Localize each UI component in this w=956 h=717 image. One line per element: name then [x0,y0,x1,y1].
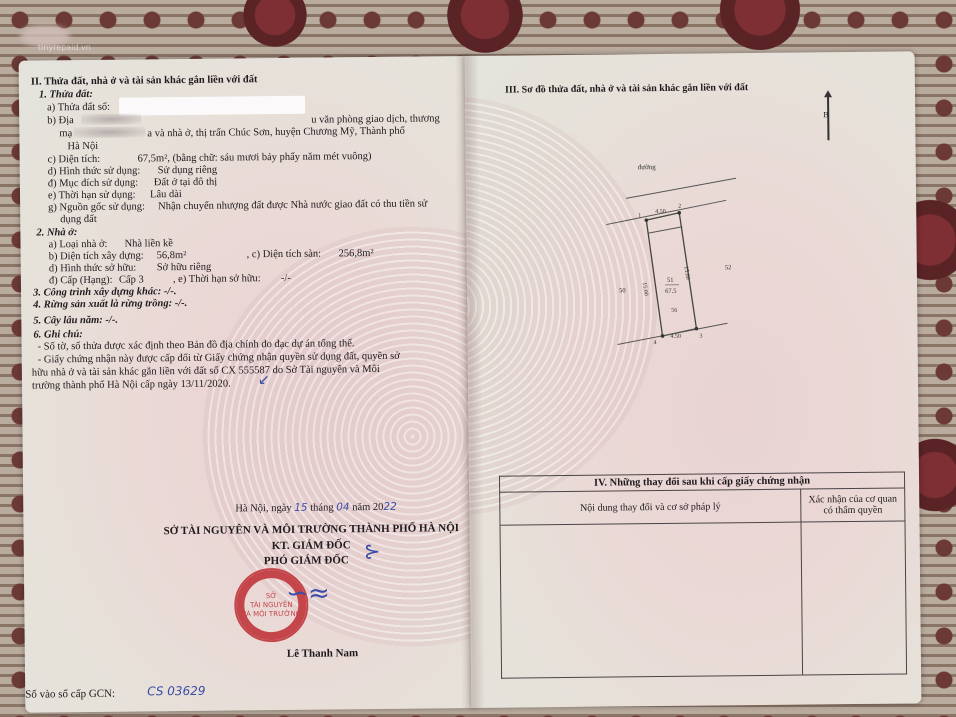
changes-confirmation-cell [801,521,907,675]
changes-content-cell [500,522,803,678]
watermark: tinyrepaid.vn [38,43,91,52]
changes-col-confirmation: Xác nhận của cơ quan có thẩm quyền [801,488,905,522]
front-width: 4.50 [655,209,666,215]
section-ii-title: II. Thửa đất, nhà ở và tài sản khác gắn … [31,73,258,88]
origin-value: Nhận chuyển nhượng đất được Nhà nước gia… [158,197,427,213]
signature-icon: ∽≈ [286,587,330,600]
neighbor-right: 52 [725,264,732,271]
changes-table: IV. Những thay đổi sau khi cấp giấy chứn… [499,471,907,678]
date-year-label: năm 20 [352,502,383,513]
origin-value-2: dụng đất [60,213,97,226]
side-left-length: 15.00 [641,282,649,296]
registry-label: Số vào sổ cấp GCN: [25,688,115,702]
north-label: B [823,110,828,119]
floor-area-label: , c) Diện tích sàn: [247,248,321,262]
land-number-label: a) Thửa đất số: [47,101,110,115]
ownership-term-value: -/- [281,272,291,285]
date-month: 04 [336,501,349,513]
right-page: III. Sơ đồ thửa đất, nhà ở và tài sản kh… [465,51,922,708]
svg-text:3: 3 [700,334,703,340]
neighbor-left: 50 [619,287,626,294]
ownership-term-label: , e) Thời hạn sở hữu: [173,272,261,286]
issue-date: Hà Nội, ngày 15 tháng 04 năm 2022 [235,501,397,516]
rug-pattern [230,0,320,50]
signature-mark-icon: ⊱ [364,545,381,558]
parcel-area: 67.5 [665,288,676,295]
section-iii-title: III. Sơ đồ thửa đất, nhà ở và tài sản kh… [505,81,748,97]
date-month-label: tháng [310,502,333,513]
date-year-suffix: 22 [383,501,396,513]
deputy-director: PHÓ GIÁM ĐỐC [264,554,349,568]
svg-text:4: 4 [654,340,657,346]
parcel-number: 51 [667,277,674,284]
signer-name: Lê Thanh Nam [287,647,358,661]
note-line-4: trường thành phố Hà Nội cấp ngày 13/11/2… [32,378,231,393]
date-prefix: Hà Nội, ngày [235,503,291,515]
redacted-land-number [119,96,305,116]
kt-director: KT. GIÁM ĐỐC [272,539,351,553]
svg-text:2: 2 [678,204,681,210]
redacted-address [81,113,141,125]
floor-area-value: 256,8m² [339,247,374,260]
road-label: đường [638,163,657,171]
date-day: 15 [294,502,307,514]
address-line2-prefix: mạ [59,127,72,140]
rug-pattern [700,0,820,50]
planted-forest: 4. Rừng sản xuất là rừng trồng: -/-. [33,297,187,312]
rug-pattern [430,0,540,55]
land-heading: 1. Thửa đất: [39,88,93,102]
registry-number: CS 03629 [147,685,205,699]
redacted-address-2 [73,126,145,138]
house-label: 56 [671,308,677,314]
left-page: II. Thửa đất, nhà ở và tài sản khác gắn … [19,56,476,713]
checkmark-icon: ↙ [258,374,270,387]
svg-text:1: 1 [638,213,641,219]
back-width: 4.50 [671,334,682,340]
address-line2: a và nhà ở, thị trấn Chúc Sơn, huyện Chư… [147,125,405,141]
changes-col-content: Nội dung thay đổi và cơ sở pháp lý [500,489,801,525]
parcel-diagram: đường 1 2 3 4 4.50 4.50 51 67.5 15.00 15… [586,152,818,354]
address-label: b) Địa [47,114,74,127]
perennial-trees: 5. Cây lâu năm: -/-. [33,314,118,328]
certificate-booklet: II. Thửa đất, nhà ở và tài sản khác gắn … [19,51,922,712]
side-right-length: 15.00 [682,266,690,280]
address-line3: Hà Nội [67,140,98,153]
